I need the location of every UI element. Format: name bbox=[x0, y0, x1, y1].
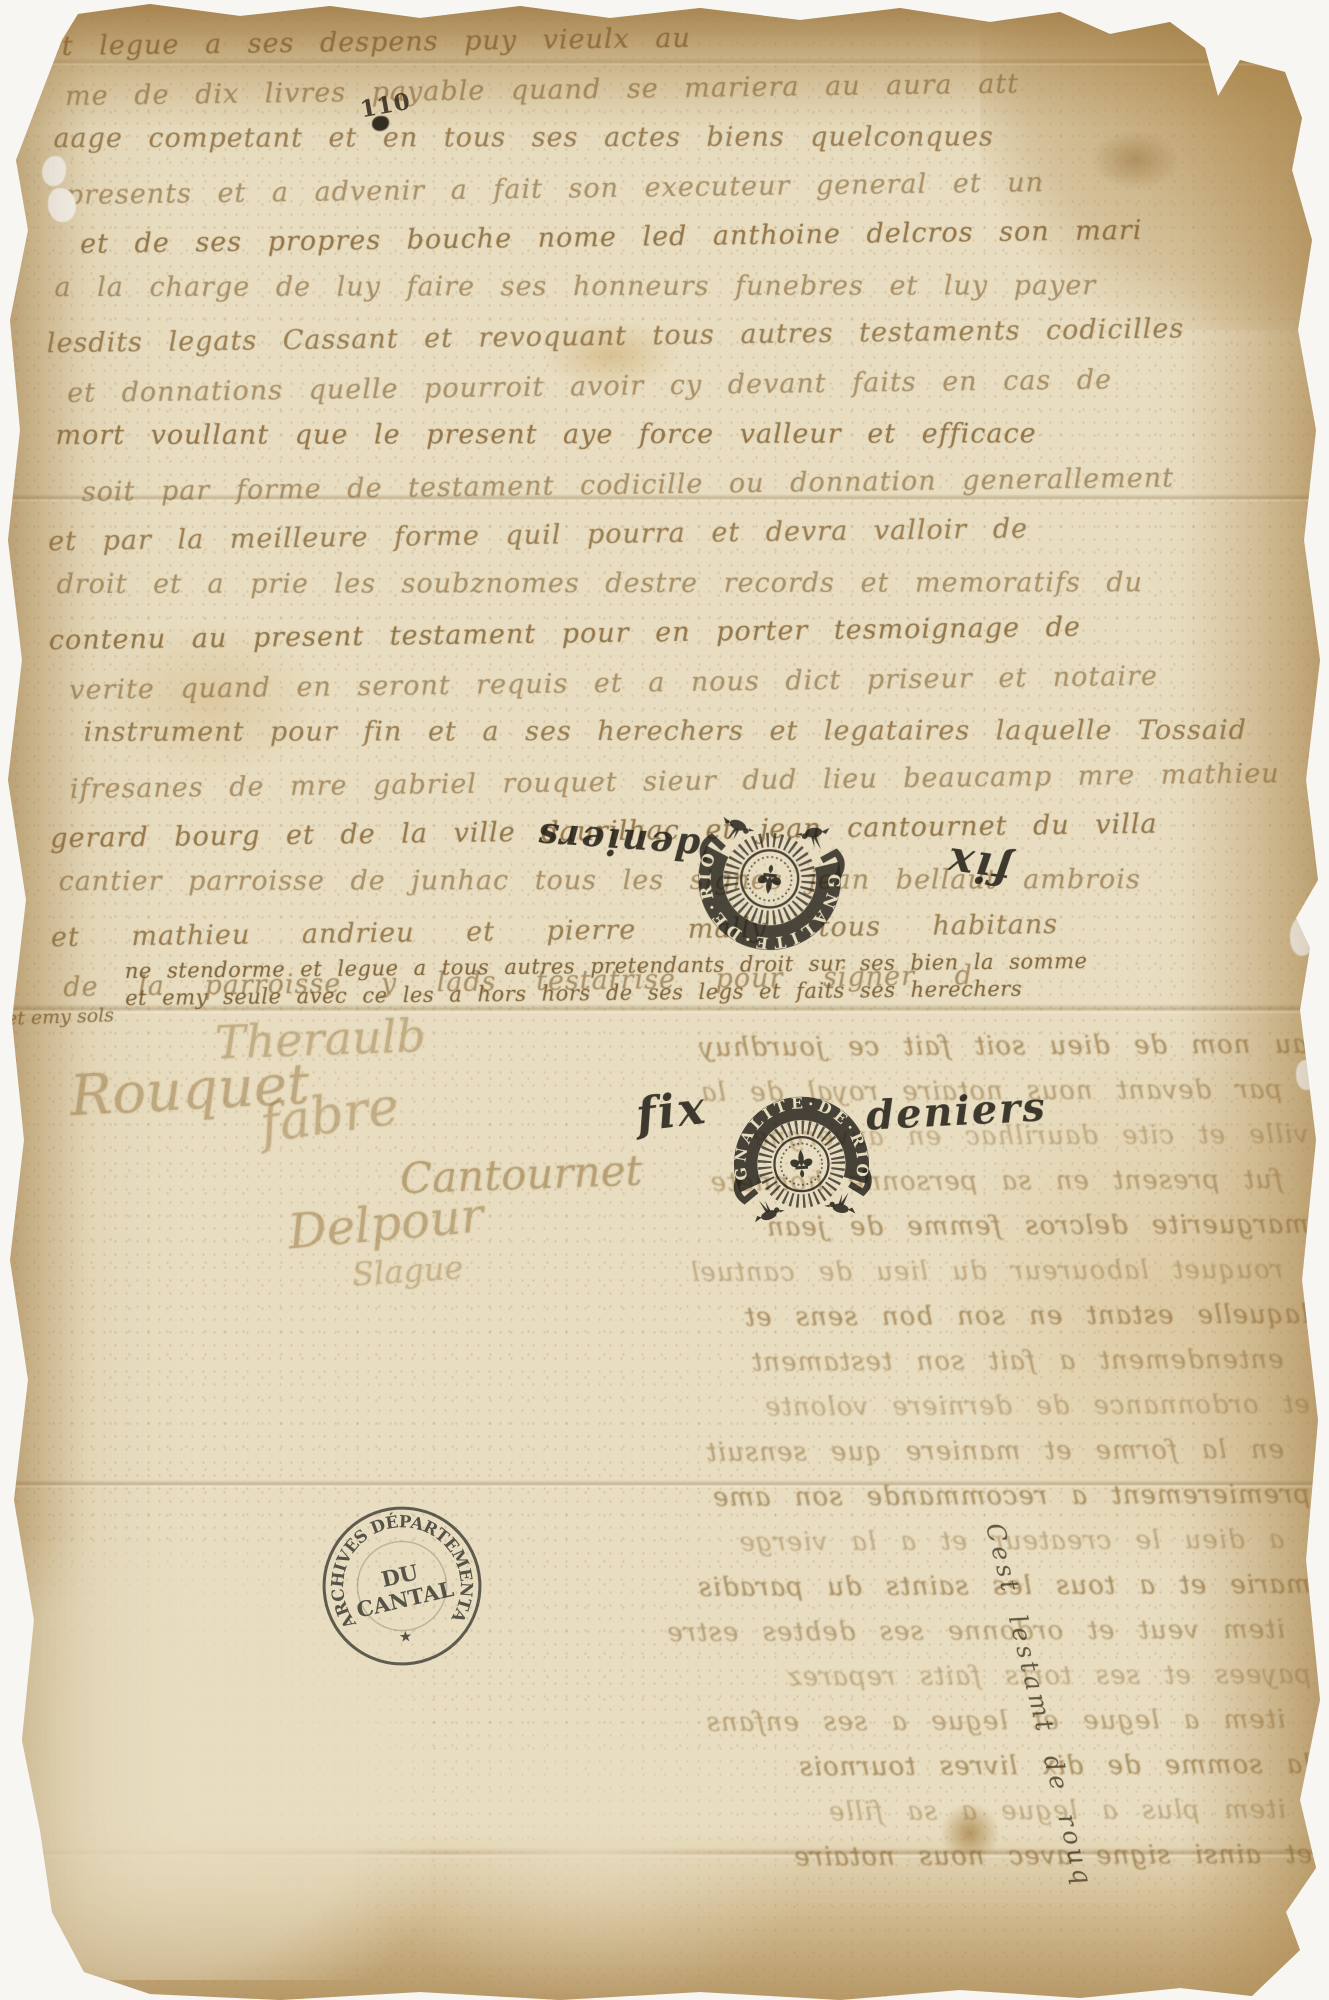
signature: Delpour bbox=[286, 1188, 486, 1261]
bleed-through-line: entendement a fait son testament bbox=[24, 1338, 1283, 1390]
stamp-word-deniers: deniers bbox=[865, 1083, 1048, 1139]
tax-stamp-seal-inverted: GNALITE·DE·RIOM bbox=[660, 787, 874, 1014]
archive-ring-text: ARCHIVES DÉPARTEMENTALES bbox=[310, 1494, 480, 1638]
bleed-through-line: item a legue et legue a ses enfans bbox=[26, 1698, 1285, 1750]
crease-line bbox=[0, 494, 1329, 502]
document-scan: au nom de dieu soit fait ce jourdhuypar … bbox=[0, 0, 1329, 2000]
edge-tear bbox=[1290, 916, 1316, 956]
manuscript-line: me de dix livres payable quand se marier… bbox=[65, 55, 1301, 121]
fleur-de-lis-icon bbox=[789, 1149, 813, 1178]
bleed-through-line: item plus a legue a sa fille bbox=[27, 1788, 1286, 1840]
manuscript-line: cantier parroisse de junhac tous les sig… bbox=[59, 854, 1306, 906]
manuscript-line: et mathieu andrieu et pierre mally tous … bbox=[51, 897, 1307, 963]
ink-stain bbox=[540, 320, 680, 390]
top-right-stain bbox=[980, 0, 1329, 330]
bleed-through-line: marguerite delcros femme de jean bbox=[24, 1203, 1309, 1255]
manuscript-line: lesdits legats Cassant et revoquant tous… bbox=[47, 303, 1303, 369]
fold-line bbox=[0, 1004, 1329, 1014]
manuscript-line: presents et a advenir a fait son execute… bbox=[65, 154, 1301, 220]
fold-line bbox=[0, 1480, 1329, 1488]
top-fold-shading bbox=[0, 0, 1329, 130]
manuscript-line: soit par forme de testament codicille ou… bbox=[82, 451, 1304, 516]
manuscript-line: et donnations quelle pourroit avoir cy d… bbox=[67, 352, 1303, 418]
crease-line bbox=[0, 58, 1329, 66]
stamp-word-six-inverted: fix bbox=[943, 838, 1014, 896]
manuscript-line: contenu au present testament pour en por… bbox=[49, 600, 1305, 666]
signature: Slague bbox=[351, 1248, 465, 1294]
archive-center-top: DU bbox=[379, 1560, 421, 1593]
stain bbox=[1090, 130, 1180, 190]
bird-icon bbox=[753, 1199, 785, 1223]
signature: Rouquet bbox=[68, 1052, 311, 1129]
manuscript-text-block: et legue a ses despens puy vieulx aume d… bbox=[45, 10, 1307, 1009]
inserted-clause-line: ne stendorme et legue a tous autres pret… bbox=[125, 946, 1285, 985]
stamp-word-deniers-inverted: deniers bbox=[535, 814, 702, 867]
manuscript-line: mort voullant que le present aye force v… bbox=[55, 409, 1302, 461]
manuscript-line: ifresanes de mre gabriel rouquet sieur d… bbox=[70, 748, 1306, 814]
svg-text:GNALITE·DE·RIOM: GNALITE·DE·RIOM bbox=[703, 1040, 872, 1191]
bleed-through-line: la somme de dix livres tournois bbox=[27, 1743, 1312, 1795]
manuscript-line: aage competant et en tous ses actes bien… bbox=[53, 112, 1300, 164]
signature: Cantournet bbox=[399, 1146, 643, 1203]
bleed-through-line: et ordonnance de derniere volonte bbox=[25, 1383, 1310, 1435]
bleed-through-line: fut present en sa personne honnete bbox=[23, 1158, 1282, 1210]
folio-number: 110 bbox=[358, 88, 413, 123]
manuscript-line: gerard bourg et de la ville daurilhac et… bbox=[50, 798, 1306, 864]
worm-hole bbox=[48, 188, 76, 222]
worm-hole bbox=[42, 156, 66, 186]
manuscript-line: instrument pour fin et a ses herechers e… bbox=[84, 706, 1305, 758]
parchment-sheet: au nom de dieu soit fait ce jourdhuypar … bbox=[0, 0, 1329, 2000]
tax-stamp-seal: GNALITE·DE·RIOM bbox=[703, 1040, 896, 1247]
signature: Theraulb bbox=[214, 1008, 426, 1069]
signature: fabre bbox=[257, 1077, 403, 1156]
inserted-clause-block: ne stendorme et legue a tous autres pret… bbox=[125, 946, 1286, 1012]
bird-icon bbox=[795, 824, 830, 851]
bleed-through-line: ville et cite daurilhac en auvergne bbox=[23, 1113, 1308, 1165]
fold-line bbox=[0, 1848, 1329, 1858]
manuscript-line: et par la meilleure forme quil pourra et… bbox=[48, 501, 1304, 567]
bird-icon bbox=[721, 817, 756, 844]
bleed-through-line: item veut et ordonne ses debtes estre bbox=[26, 1608, 1285, 1660]
bleed-through-line: rouquet laboureur du lieu de cantuel bbox=[24, 1248, 1283, 1300]
svg-text:GNALITE·DE·RIOM: GNALITE·DE·RIOM bbox=[679, 849, 873, 1014]
blank-paper-area bbox=[0, 1540, 430, 1980]
manuscript-line: et de ses propres bouche nome led anthoi… bbox=[80, 204, 1302, 269]
edge-tear bbox=[1296, 1060, 1316, 1090]
stain bbox=[100, 620, 320, 780]
blank-paper-area bbox=[380, 1700, 800, 2000]
inserted-clause-line: et emy seule avec ce les a hors hors de … bbox=[125, 973, 1285, 1012]
manuscript-line: et legue a ses despens puy vieulx au bbox=[44, 6, 1300, 72]
seal-band-text: GNALITE·DE·RIOM bbox=[703, 1040, 872, 1191]
bleed-through-line: marie et a tous les saints du paradis bbox=[26, 1563, 1311, 1615]
bleed-through-line: payees et ses torts faits reparez bbox=[26, 1653, 1311, 1705]
archive-stamp: ARCHIVES DÉPARTEMENTALES DU CANTAL ★ bbox=[310, 1494, 494, 1678]
stain-blot bbox=[940, 1802, 1000, 1864]
manuscript-line: droit et a prie les soubznomes destre re… bbox=[56, 557, 1303, 609]
bleed-through-line: au nom de dieu soit fait ce jourdhuy bbox=[23, 1023, 1308, 1075]
manuscript-line: a la charge de luy faire ses honneurs fu… bbox=[54, 260, 1301, 312]
stamp-word-six: fix bbox=[633, 1080, 710, 1142]
bleed-through-line: premierement a recommande son ame bbox=[25, 1473, 1310, 1525]
manuscript-line: verite quand en seront requis et a nous … bbox=[69, 649, 1305, 715]
bottom-fold-shading bbox=[0, 1830, 1329, 2000]
ink-blot bbox=[372, 116, 389, 131]
star-icon: ★ bbox=[398, 1627, 413, 1646]
fleur-de-lis-icon bbox=[756, 863, 783, 895]
margin-note: et emy sols bbox=[6, 1004, 115, 1030]
seal-band-text: GNALITE·DE·RIOM bbox=[679, 849, 873, 1014]
svg-text:ARCHIVES DÉPARTEMENTALES: ARCHIVES DÉPARTEMENTALES bbox=[310, 1494, 480, 1638]
bleed-through-line: en la forme et maniere que sensuit bbox=[25, 1428, 1284, 1480]
bleed-through-text-block: au nom de dieu soit fait ce jourdhuypar … bbox=[23, 1023, 1312, 1885]
bleed-through-line: a dieu le createur et a la vierge bbox=[25, 1518, 1284, 1570]
bird-icon bbox=[823, 1192, 855, 1216]
bleed-through-line: et ainsi signe avec nous notaire bbox=[27, 1833, 1312, 1885]
manuscript-line: de la parroisse y lads testatrise pour s… bbox=[63, 946, 1307, 1012]
stain bbox=[950, 1050, 1329, 1570]
bleed-through-line: laquelle estant en son bon sens et bbox=[24, 1293, 1309, 1345]
left-edge-shading bbox=[0, 0, 90, 2000]
right-edge-shading bbox=[1180, 0, 1329, 2000]
diagonal-archive-note: Cest lestamt de rouq bbox=[980, 1520, 1099, 1891]
bleed-through-line: par devant nous notaire royal de la bbox=[23, 1068, 1282, 1120]
archive-center-bottom: CANTAL bbox=[354, 1577, 456, 1624]
